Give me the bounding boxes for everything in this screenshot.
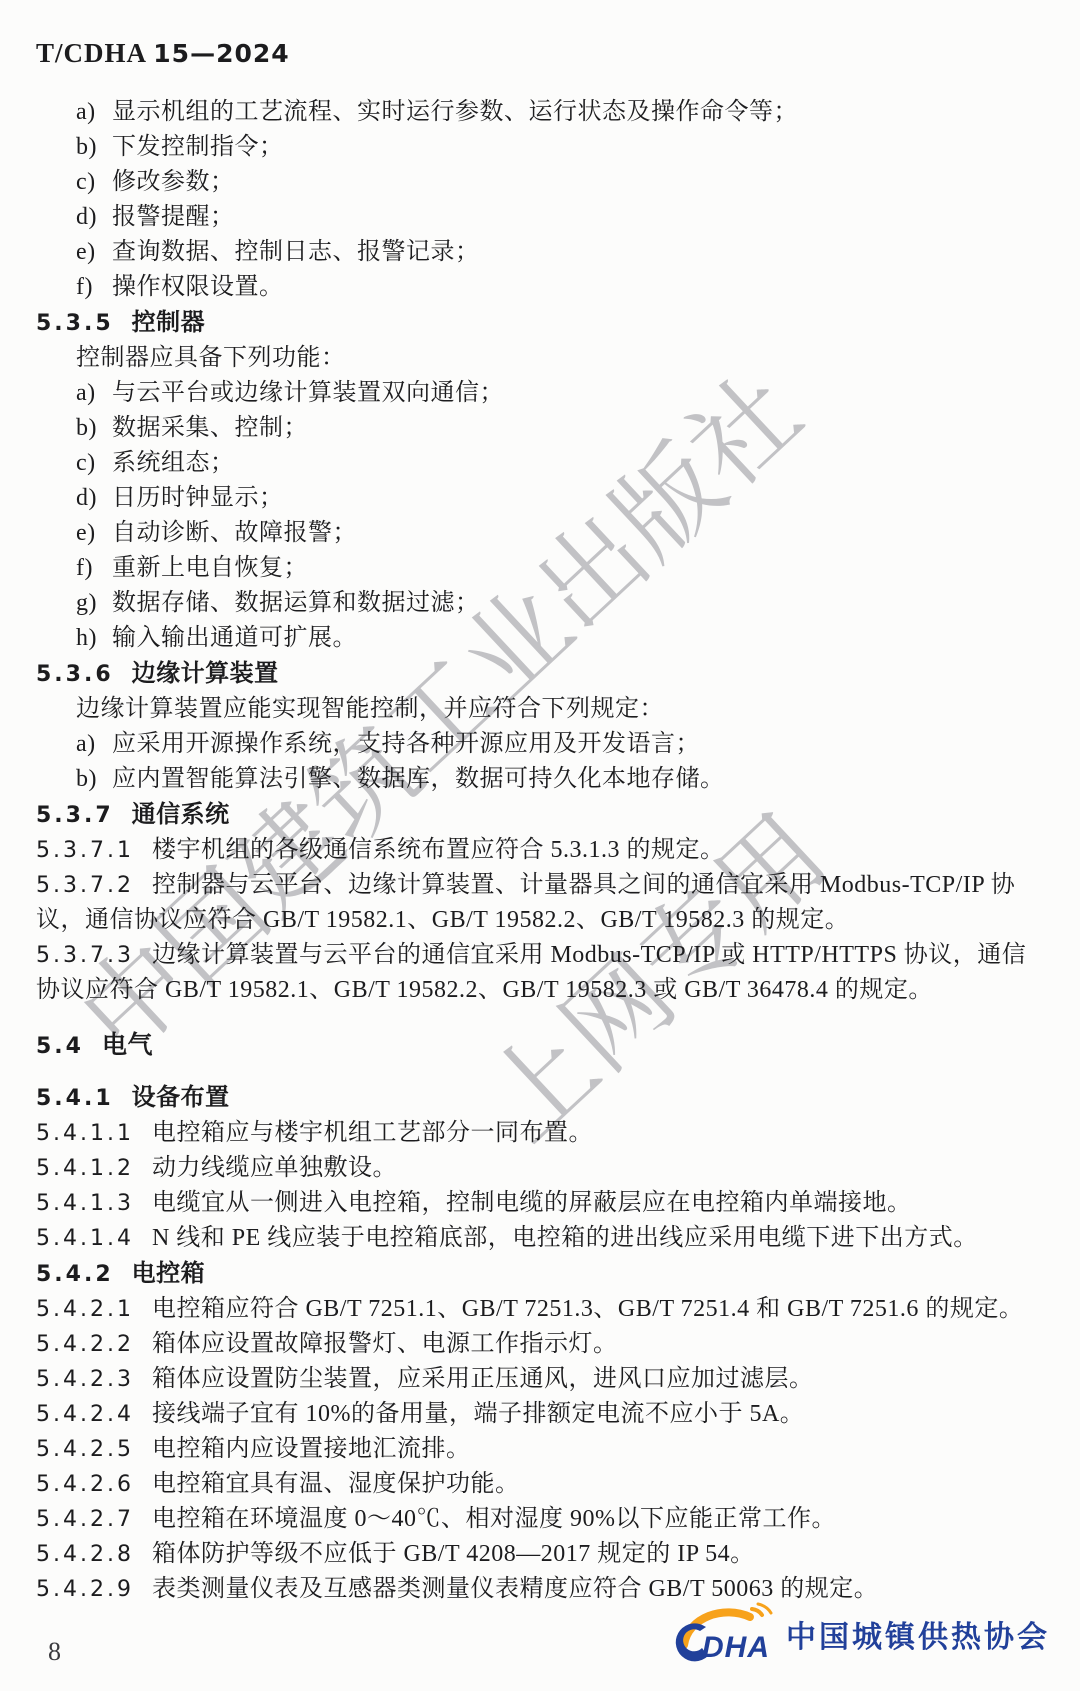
document-body: a)显示机组的工艺流程、实时运行参数、运行状态及操作命令等；b)下发控制指令；c… bbox=[36, 95, 1044, 1607]
list-item-label: c) bbox=[76, 165, 112, 200]
list-item: c)系统组态； bbox=[36, 446, 1044, 481]
list-item-label: a) bbox=[76, 95, 112, 130]
heading-number: 5.3.6 bbox=[36, 662, 114, 687]
list-item-label: h) bbox=[76, 621, 112, 656]
list-item-label: f) bbox=[76, 270, 112, 305]
heading-title: 控制器 bbox=[132, 309, 206, 336]
clause-text: 楼宇机组的各级通信系统布置应符合 5.3.1.3 的规定。 bbox=[152, 837, 725, 863]
clause-text: 电控箱应与楼宇机组工艺部分一同布置。 bbox=[152, 1120, 593, 1146]
doc-code: T/CDHA 15—2024 bbox=[36, 38, 1044, 69]
list-item-text: 下发控制指令； bbox=[112, 134, 284, 160]
heading-number: 5.4.2 bbox=[36, 1262, 114, 1287]
clause-number: 5.4.1.1 bbox=[36, 1121, 134, 1146]
heading-number: 5.4.1 bbox=[36, 1086, 114, 1111]
clause-number: 5.4.1.4 bbox=[36, 1226, 134, 1251]
clause-row: 5.4.1.2动力线缆应单独敷设。 bbox=[36, 1151, 1044, 1186]
clause-row: 5.4.2.1电控箱应符合 GB/T 7251.1、GB/T 7251.3、GB… bbox=[36, 1292, 1044, 1327]
clause-text: 箱体应设置故障报警灯、电源工作指示灯。 bbox=[152, 1331, 618, 1357]
list-item-label: d) bbox=[76, 200, 112, 235]
document-page: T/CDHA 15—2024 中国建筑工业出版社 上网专用 a)显示机组的工艺流… bbox=[0, 0, 1080, 1691]
clause-row: 5.4.1.1电控箱应与楼宇机组工艺部分一同布置。 bbox=[36, 1116, 1044, 1151]
clause-text: 控制器与云平台、边缘计算装置、计量器具之间的通信宜采用 Modbus-TCP/I… bbox=[36, 872, 1015, 933]
clause-row: 5.4.1.4N 线和 PE 线应装于电控箱底部，电控箱的进出线应采用电缆下进下… bbox=[36, 1221, 1044, 1256]
clause-text: 电缆宜从一侧进入电控箱，控制电缆的屏蔽层应在电控箱内单端接地。 bbox=[152, 1190, 912, 1216]
clause-number: 5.4.2.4 bbox=[36, 1402, 134, 1427]
list-item: a)应采用开源操作系统，支持各种开源应用及开发语言； bbox=[36, 727, 1044, 762]
list-item-text: 应内置智能算法引擎、数据库，数据可持久化本地存储。 bbox=[112, 766, 725, 792]
cdha-logo-icon: DHA bbox=[672, 1601, 776, 1667]
clause-text: 箱体防护等级不应低于 GB/T 4208—2017 规定的 IP 54。 bbox=[152, 1541, 755, 1567]
list-item-text: 日历时钟显示； bbox=[112, 485, 284, 511]
clause-row: 5.4.2.3箱体应设置防尘装置，应采用正压通风，进风口应加过滤层。 bbox=[36, 1362, 1044, 1397]
doc-code-number: 15—2024 bbox=[153, 39, 289, 68]
sub-heading: 5.3.7通信系统 bbox=[36, 797, 1044, 833]
doc-code-prefix: T/CDHA bbox=[36, 38, 146, 68]
list-item-text: 与云平台或边缘计算装置双向通信； bbox=[112, 380, 504, 406]
list-item-label: b) bbox=[76, 130, 112, 165]
list-item: g)数据存储、数据运算和数据过滤； bbox=[36, 586, 1044, 621]
heading-title: 电控箱 bbox=[132, 1260, 206, 1287]
cdha-logo: DHA 中国城镇供热协会 bbox=[672, 1601, 1050, 1667]
clause-number: 5.4.2.8 bbox=[36, 1542, 134, 1567]
list-item-text: 应采用开源操作系统，支持各种开源应用及开发语言； bbox=[112, 731, 700, 757]
clause-number: 5.4.2.9 bbox=[36, 1577, 134, 1602]
list-item-label: g) bbox=[76, 586, 112, 621]
heading-title: 通信系统 bbox=[132, 801, 230, 828]
clause-text: 电控箱内应设置接地汇流排。 bbox=[152, 1436, 471, 1462]
page-footer: 8 DHA 中国城镇供热协会 bbox=[36, 1601, 1050, 1667]
list-item-text: 操作权限设置。 bbox=[112, 274, 284, 300]
clause-row: 5.4.2.7电控箱在环境温度 0～40℃、相对湿度 90%以下应能正常工作。 bbox=[36, 1502, 1044, 1537]
clause-text: 电控箱应符合 GB/T 7251.1、GB/T 7251.3、GB/T 7251… bbox=[152, 1296, 1023, 1322]
list-item: e)自动诊断、故障报警； bbox=[36, 516, 1044, 551]
clause-row: 5.4.2.6电控箱宜具有温、湿度保护功能。 bbox=[36, 1467, 1044, 1502]
clause-text: N 线和 PE 线应装于电控箱底部，电控箱的进出线应采用电缆下进下出方式。 bbox=[152, 1225, 978, 1251]
heading-title: 电气 bbox=[102, 1031, 153, 1059]
list-item-label: e) bbox=[76, 516, 112, 551]
svg-text:DHA: DHA bbox=[702, 1631, 770, 1664]
list-item: b)应内置智能算法引擎、数据库，数据可持久化本地存储。 bbox=[36, 762, 1044, 797]
heading-title: 设备布置 bbox=[132, 1084, 230, 1111]
list-item-label: d) bbox=[76, 481, 112, 516]
list-item-text: 查询数据、控制日志、报警记录； bbox=[112, 239, 480, 265]
list-item-text: 自动诊断、故障报警； bbox=[112, 520, 357, 546]
clause-row: 5.3.7.2控制器与云平台、边缘计算装置、计量器具之间的通信宜采用 Modbu… bbox=[36, 868, 1044, 938]
list-item-label: c) bbox=[76, 446, 112, 481]
clause-text: 接线端子宜有 10%的备用量，端子排额定电流不应小于 5A。 bbox=[152, 1401, 804, 1427]
sub-heading: 5.3.5控制器 bbox=[36, 305, 1044, 341]
list-item: a)显示机组的工艺流程、实时运行参数、运行状态及操作命令等； bbox=[36, 95, 1044, 130]
clause-text: 电控箱宜具有温、湿度保护功能。 bbox=[152, 1471, 520, 1497]
clause-number: 5.3.7.1 bbox=[36, 838, 134, 863]
list-item: a)与云平台或边缘计算装置双向通信； bbox=[36, 376, 1044, 411]
list-item-text: 报警提醒； bbox=[112, 204, 235, 230]
clause-number: 5.3.7.3 bbox=[36, 943, 134, 968]
clause-row: 5.4.2.4接线端子宜有 10%的备用量，端子排额定电流不应小于 5A。 bbox=[36, 1397, 1044, 1432]
list-item: b)数据采集、控制； bbox=[36, 411, 1044, 446]
paragraph: 控制器应具备下列功能： bbox=[36, 341, 1044, 376]
sub-heading: 5.3.6边缘计算装置 bbox=[36, 656, 1044, 692]
heading-title: 边缘计算装置 bbox=[132, 660, 279, 687]
clause-number: 5.4.2.6 bbox=[36, 1472, 134, 1497]
clause-row: 5.4.2.8箱体防护等级不应低于 GB/T 4208—2017 规定的 IP … bbox=[36, 1537, 1044, 1572]
heading-number: 5.3.5 bbox=[36, 311, 114, 336]
clause-text: 动力线缆应单独敷设。 bbox=[152, 1155, 397, 1181]
list-item: f)操作权限设置。 bbox=[36, 270, 1044, 305]
clause-row: 5.4.2.5电控箱内应设置接地汇流排。 bbox=[36, 1432, 1044, 1467]
list-item-text: 系统组态； bbox=[112, 450, 235, 476]
clause-number: 5.4.2.1 bbox=[36, 1297, 134, 1322]
clause-number: 5.4.1.3 bbox=[36, 1191, 134, 1216]
list-item-text: 重新上电自恢复； bbox=[112, 555, 308, 581]
clause-number: 5.4.2.2 bbox=[36, 1332, 134, 1357]
clause-text: 表类测量仪表及互感器类测量仪表精度应符合 GB/T 50063 的规定。 bbox=[152, 1576, 878, 1602]
clause-number: 5.4.2.7 bbox=[36, 1507, 134, 1532]
sub-heading: 5.4.1设备布置 bbox=[36, 1080, 1044, 1116]
association-name: 中国城镇供热协会 bbox=[786, 1612, 1050, 1656]
clause-number: 5.4.2.3 bbox=[36, 1367, 134, 1392]
heading-number: 5.4 bbox=[36, 1034, 84, 1059]
list-item: h)输入输出通道可扩展。 bbox=[36, 621, 1044, 656]
clause-number: 5.4.2.5 bbox=[36, 1437, 134, 1462]
clause-text: 电控箱在环境温度 0～40℃、相对湿度 90%以下应能正常工作。 bbox=[152, 1506, 836, 1532]
clause-number: 5.4.1.2 bbox=[36, 1156, 134, 1181]
sub-heading: 5.4.2电控箱 bbox=[36, 1256, 1044, 1292]
list-item-label: b) bbox=[76, 411, 112, 446]
list-item: d)报警提醒； bbox=[36, 200, 1044, 235]
clause-text: 边缘计算装置与云平台的通信宜采用 Modbus-TCP/IP 或 HTTP/HT… bbox=[36, 942, 1026, 1003]
list-item-text: 显示机组的工艺流程、实时运行参数、运行状态及操作命令等； bbox=[112, 99, 798, 125]
paragraph: 边缘计算装置应能实现智能控制，并应符合下列规定： bbox=[36, 692, 1044, 727]
heading-number: 5.3.7 bbox=[36, 803, 114, 828]
clause-row: 5.4.2.2箱体应设置故障报警灯、电源工作指示灯。 bbox=[36, 1327, 1044, 1362]
list-item: c)修改参数； bbox=[36, 165, 1044, 200]
clause-number: 5.3.7.2 bbox=[36, 873, 134, 898]
section-heading: 5.4电气 bbox=[36, 1028, 1044, 1064]
list-item-text: 数据存储、数据运算和数据过滤； bbox=[112, 590, 480, 616]
clause-text: 箱体应设置防尘装置，应采用正压通风，进风口应加过滤层。 bbox=[152, 1366, 814, 1392]
clause-row: 5.3.7.1楼宇机组的各级通信系统布置应符合 5.3.1.3 的规定。 bbox=[36, 833, 1044, 868]
list-item-text: 修改参数； bbox=[112, 169, 235, 195]
list-item: d)日历时钟显示； bbox=[36, 481, 1044, 516]
list-item-label: a) bbox=[76, 727, 112, 762]
list-item-label: e) bbox=[76, 235, 112, 270]
list-item: f)重新上电自恢复； bbox=[36, 551, 1044, 586]
clause-row: 5.4.1.3电缆宜从一侧进入电控箱，控制电缆的屏蔽层应在电控箱内单端接地。 bbox=[36, 1186, 1044, 1221]
page-number: 8 bbox=[36, 1637, 61, 1667]
clause-row: 5.3.7.3边缘计算装置与云平台的通信宜采用 Modbus-TCP/IP 或 … bbox=[36, 938, 1044, 1008]
list-item-text: 数据采集、控制； bbox=[112, 415, 308, 441]
list-item-label: a) bbox=[76, 376, 112, 411]
list-item: e)查询数据、控制日志、报警记录； bbox=[36, 235, 1044, 270]
list-item-label: b) bbox=[76, 762, 112, 797]
list-item-text: 输入输出通道可扩展。 bbox=[112, 625, 357, 651]
list-item-label: f) bbox=[76, 551, 112, 586]
list-item: b)下发控制指令； bbox=[36, 130, 1044, 165]
